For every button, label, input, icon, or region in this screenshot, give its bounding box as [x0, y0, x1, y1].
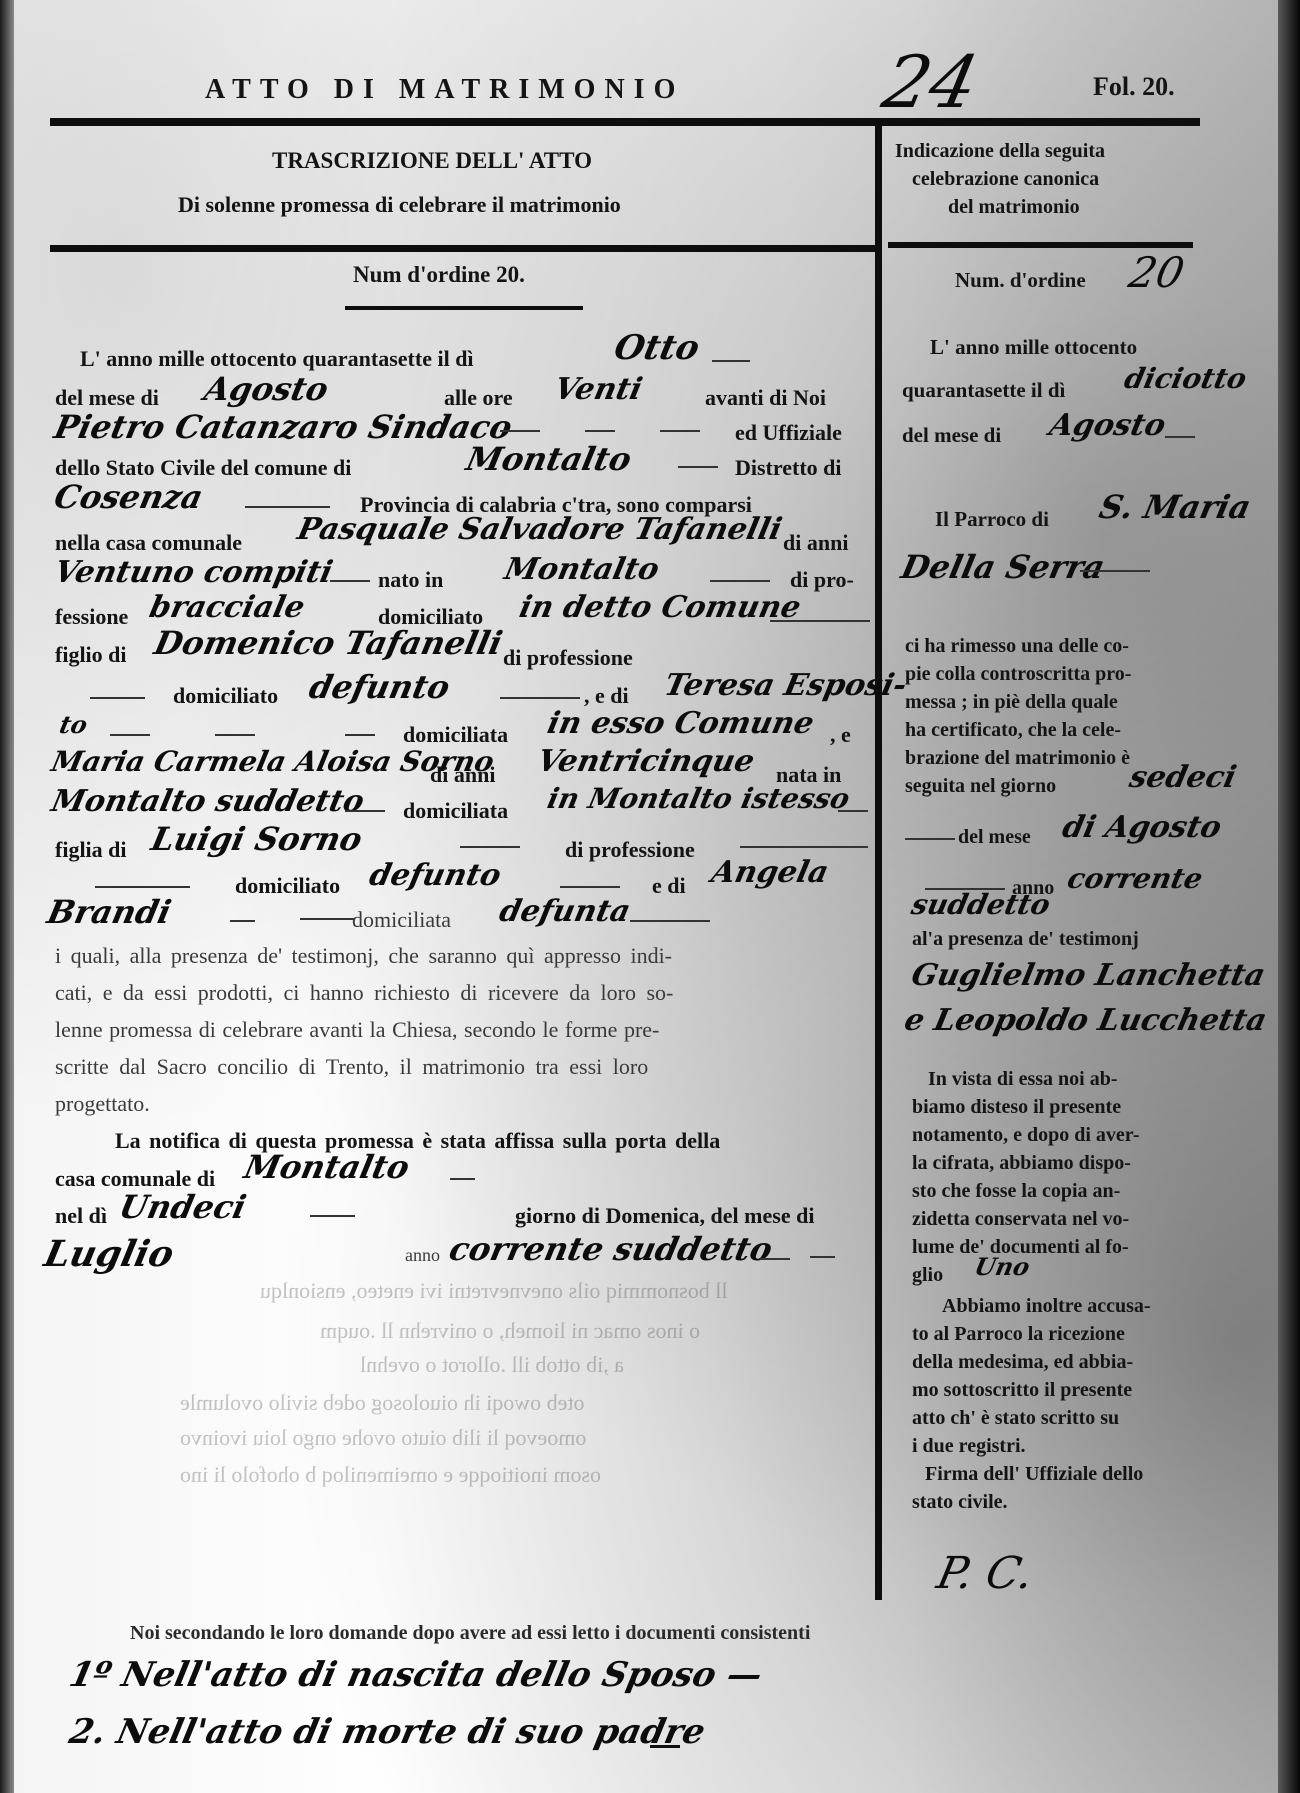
header-rule	[50, 118, 1200, 126]
right-handwritten-celebration-day: sedeci	[1126, 760, 1239, 795]
handwritten-district: Cosenza	[51, 478, 206, 516]
bleed-through-line: osom inoitioqqe e omeimeniloq b ohofolo …	[180, 1462, 601, 1488]
form-label-comma-e: , e	[830, 722, 851, 748]
right-heading-line1: Indicazione della seguita	[895, 140, 1105, 163]
right-closing-line-2: biamo disteso il presente	[912, 1096, 1121, 1119]
form-label-bride-domicile: domiciliata	[403, 798, 508, 824]
footer-document-item-2: 2. Nell'atto di morte di suo padre	[66, 1712, 709, 1752]
handwritten-groom-father: Domenico Tafanelli	[151, 624, 506, 662]
fill-dash	[650, 1745, 680, 1748]
right-parroco-label: Il Parroco di	[935, 507, 1049, 532]
handwritten-bride-mother-status: defunta	[496, 894, 633, 929]
fill-dash	[838, 810, 868, 812]
handwritten-bride-domicile: in Montalto istesso	[544, 782, 852, 815]
fill-dash	[585, 430, 615, 432]
notice-label-year: anno	[405, 1245, 440, 1266]
fill-dash	[1080, 570, 1150, 572]
handwritten-groom-mother: Teresa Esposi-	[661, 668, 910, 703]
form-label-bride-mother-domicile: domiciliata	[352, 907, 451, 933]
fill-dash	[710, 580, 770, 582]
document-page	[0, 0, 1300, 1793]
handwritten-notice-month: Luglio	[41, 1233, 178, 1275]
footer-document-item-1: 1º Nell'atto di nascita dello Sposo —	[66, 1655, 766, 1695]
handwritten-notice-town: Montalto	[241, 1148, 413, 1186]
right-handwritten-witness-2: e Leopoldo Lucchetta	[901, 1003, 1269, 1038]
right-body-line-5: brazione del matrimonio è	[905, 747, 1130, 770]
form-label-profession-b: fessione	[55, 604, 128, 630]
form-label-and-of-b: e di	[652, 873, 686, 899]
fill-dash	[560, 886, 620, 888]
form-label-bride-age: di anni	[430, 762, 495, 788]
fill-dash	[110, 734, 150, 736]
right-closing2-line-6: i due registri.	[912, 1435, 1026, 1458]
right-closing2-line-2: to al Parroco la ricezione	[912, 1323, 1125, 1346]
right-handwritten-parish-cont: Della Serra	[898, 548, 1108, 586]
body-line-1: i quali, alla presenza de' testimonj, ch…	[55, 943, 672, 969]
right-handwritten-parish: S. Maria	[1096, 488, 1254, 526]
body-line-5: progettato.	[55, 1091, 150, 1117]
right-handwritten-day: diciotto	[1121, 362, 1249, 395]
fill-dash	[810, 1256, 835, 1258]
right-closing2-line-7: Firma dell' Uffiziale dello	[925, 1463, 1143, 1486]
officer-signature-initials: P. C.	[933, 1548, 1039, 1599]
form-label-born-in: nato in	[378, 567, 443, 593]
handwritten-bride-father: Luigi Sorno	[148, 820, 366, 858]
right-heading-line3: del matrimonio	[948, 196, 1080, 219]
notice-label-sunday: giorno di Domenica, del mese di	[515, 1203, 814, 1229]
form-label-father-profession: di professione	[503, 645, 633, 671]
right-body-line-2: pie colla controscritta pro-	[905, 663, 1131, 686]
form-line-year: L' anno mille ottocento quarantasette il…	[80, 346, 474, 372]
body-line-4: scritte dal Sacro concilio di Trento, il…	[55, 1054, 648, 1080]
right-order-label: Num. d'ordine	[955, 268, 1086, 293]
right-closing2-line-3: della medesima, ed abbia-	[912, 1351, 1133, 1374]
fill-dash	[678, 466, 718, 468]
fill-dash	[630, 920, 710, 922]
right-closing-line-6: zidetta conservata nel vo-	[912, 1208, 1129, 1231]
body-line-3: lenne promessa di celebrare avanti la Ch…	[55, 1017, 659, 1043]
form-label-daughter-of: figlia di	[55, 837, 127, 863]
form-label-before-us: avanti di Noi	[705, 385, 826, 411]
right-testimoni-label: al'a presenza de' testimonj	[912, 928, 1139, 951]
right-body-line-4: ha certificato, che la cele-	[905, 719, 1121, 742]
bleed-through-line: ll bosnommiq oils onevnevretni ivi enete…	[260, 1278, 727, 1304]
right-closing2-line-8: stato civile.	[912, 1491, 1008, 1514]
handwritten-bride-mother-surname: Brandi	[44, 893, 175, 931]
right-closing2-line-1: Abbiamo inoltre accusa-	[942, 1295, 1151, 1318]
form-label-bride-father-profession: di professione	[565, 837, 695, 863]
left-order-underline	[345, 306, 583, 310]
right-closing-line-5: sto che fosse la copia an-	[912, 1180, 1120, 1203]
fill-dash	[500, 697, 580, 699]
bleed-through-line: o inos omac ni liomeh, o onivrehn ll .ou…	[320, 1318, 700, 1344]
right-body-line-1: ci ha rimesso una delle co-	[905, 635, 1129, 658]
fill-dash	[330, 580, 370, 582]
form-label-son-of: figlio di	[55, 642, 127, 668]
handwritten-month: Agosto	[201, 370, 332, 408]
bleed-through-line: oteb owoqi ih oiuolosog odeb sivilo ovol…	[180, 1390, 585, 1416]
scan-right-edge	[1278, 0, 1300, 1793]
handwritten-official-name: Pietro Catanzaro Sindaco	[51, 408, 515, 446]
handwritten-groom-birthplace: Montalto	[501, 552, 662, 587]
handwritten-day: Otto	[611, 328, 703, 368]
fill-dash	[500, 430, 540, 432]
fill-dash	[770, 620, 870, 622]
fill-dash	[660, 430, 700, 432]
handwritten-father-status: defunto	[306, 668, 453, 706]
fill-dash	[95, 886, 190, 888]
right-closing2-line-5: atto ch' è stato scritto su	[912, 1407, 1119, 1430]
fill-dash	[215, 734, 255, 736]
fill-dash	[712, 360, 750, 362]
right-closing-line-4: la cifrata, abbiamo dispo-	[912, 1152, 1131, 1175]
left-heading-line1: TRASCRIZIONE DELL' ATTO	[272, 148, 592, 174]
left-order-number: Num d'ordine 20.	[353, 262, 525, 288]
page-number-handwritten: 24	[876, 40, 985, 124]
handwritten-notice-day: Undeci	[116, 1188, 250, 1226]
handwritten-groom-name: Pasquale Salvadore Tafanelli	[294, 512, 785, 547]
right-intro-line1: L' anno mille ottocento	[930, 335, 1137, 360]
folio-number: Fol. 20.	[1093, 72, 1175, 102]
form-label-district: Distretto di	[735, 455, 842, 481]
document-title: ATTO DI MATRIMONIO	[205, 74, 684, 106]
handwritten-bride-mother: Angela	[708, 855, 831, 890]
handwritten-groom-domicile: in detto Comune	[516, 590, 804, 625]
right-seguita-label: seguita nel giorno	[905, 775, 1056, 798]
fill-dash	[905, 838, 955, 840]
right-heading-line2: celebrazione canonica	[912, 168, 1099, 191]
right-body-line-3: messa ; in piè della quale	[905, 691, 1118, 714]
right-closing-line-3: notamento, e dopo di aver-	[912, 1124, 1140, 1147]
right-handwritten-month: Agosto	[1046, 408, 1168, 443]
right-handwritten-celebration-month: di Agosto	[1059, 810, 1224, 845]
fill-dash	[90, 697, 145, 699]
handwritten-groom-profession: bracciale	[146, 590, 308, 625]
form-label-town-hall: nella casa comunale	[55, 530, 242, 556]
handwritten-bride-father-status: defunto	[366, 858, 504, 893]
right-closing-line-1: In vista di essa noi ab-	[928, 1068, 1118, 1091]
footer-printed-line: Noi secondando le loro domande dopo aver…	[130, 1622, 810, 1645]
fill-dash	[740, 846, 868, 848]
fill-dash	[760, 1258, 790, 1260]
fill-dash	[460, 846, 520, 848]
left-heading-rule	[50, 245, 875, 252]
handwritten-mother-domicile: in esso Comune	[544, 706, 817, 741]
right-mese-label: del mese	[958, 826, 1031, 849]
fill-dash	[345, 734, 375, 736]
bleed-through-line: a ,ib ottob ill .ollorot o ovehnl	[360, 1352, 624, 1378]
notice-line-1: La notifica di questa promessa è stata a…	[115, 1128, 720, 1154]
right-handwritten-year-b: suddetto	[908, 888, 1053, 921]
right-closing2-line-4: mo sottoscritto il presente	[912, 1379, 1132, 1402]
fill-dash	[230, 920, 255, 922]
form-label-bride-father-domicile: domiciliato	[235, 873, 340, 899]
handwritten-notice-year: corrente suddetto	[446, 1230, 776, 1268]
handwritten-bride-age: Ventricinque	[534, 744, 757, 779]
right-intro-line3: del mese di	[902, 423, 1001, 448]
form-label-age: di anni	[783, 530, 848, 556]
body-line-2: cati, e da essi prodotti, ci hanno richi…	[55, 980, 673, 1006]
left-heading-line2: Di solenne promessa di celebrare il matr…	[178, 192, 621, 218]
handwritten-bride-birthplace: Montalto suddetto	[48, 784, 367, 819]
right-intro-line2: quarantasette il dì	[902, 378, 1065, 403]
scan-left-edge	[0, 0, 14, 1793]
column-divider	[875, 120, 882, 1600]
handwritten-hour: Venti	[551, 372, 645, 407]
fill-dash	[310, 1215, 355, 1217]
right-foglio-label: glio	[912, 1264, 943, 1287]
notice-label-day: nel dì	[55, 1203, 107, 1229]
fill-dash	[450, 1178, 475, 1180]
fill-dash	[345, 810, 385, 812]
fill-dash	[1165, 436, 1195, 438]
bleed-through-line: omoevoq li ilib oiuto ovohe ongo loiu iv…	[180, 1425, 586, 1451]
right-handwritten-year-a: corrente	[1064, 862, 1205, 895]
right-handwritten-witness-1: Guglielmo Lanchetta	[908, 958, 1268, 993]
handwritten-groom-age: Ventuno compiti	[51, 555, 335, 590]
right-order-value: 20	[1125, 248, 1189, 297]
form-label-father-domicile: domiciliato	[173, 683, 278, 709]
fill-dash	[245, 506, 330, 508]
form-label-officer: ed Uffiziale	[735, 420, 842, 446]
handwritten-commune: Montalto	[463, 440, 635, 478]
right-handwritten-folio: Uno	[972, 1252, 1033, 1281]
fill-dash	[300, 918, 355, 920]
